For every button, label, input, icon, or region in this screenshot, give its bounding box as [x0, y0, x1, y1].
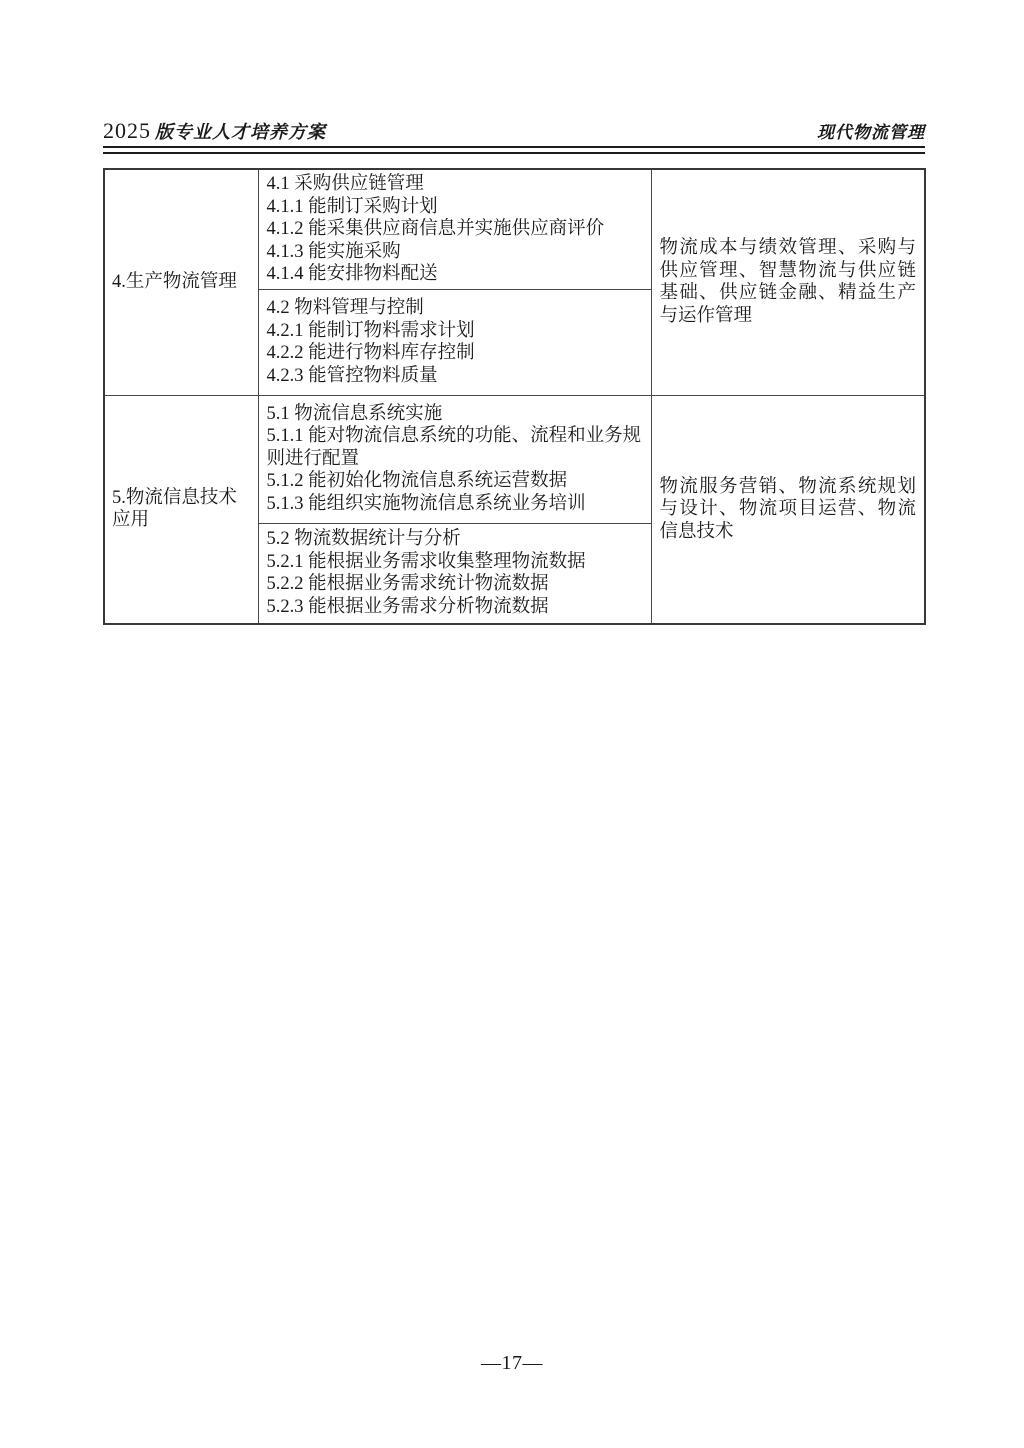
header-left-text: 版专业人才培养方案	[155, 122, 326, 142]
header-right-title: 现代物流管理	[817, 118, 925, 143]
task-group-cell: 5.2 物流数据统计与分析 5.2.1 能根据业务需求收集整理物流数据 5.2.…	[258, 523, 651, 624]
task-item: 5.2 物流数据统计与分析	[267, 528, 645, 551]
task-group-cell: 4.1 采购供应链管理 4.1.1 能制订采购计划 4.1.2 能采集供应商信息…	[258, 169, 651, 289]
task-item: 5.1.1 能对物流信息系统的功能、流程和业务规则进行配置	[267, 425, 645, 470]
task-item: 5.1.2 能初始化物流信息系统运营数据	[267, 470, 645, 493]
task-item: 5.2.1 能根据业务需求收集整理物流数据	[267, 551, 645, 574]
task-item: 4.2.1 能制订物料需求计划	[267, 320, 645, 343]
page-header: 2025 版专业人才培养方案 现代物流管理	[103, 118, 925, 144]
header-left-title: 2025 版专业人才培养方案	[103, 118, 326, 144]
task-item: 4.2.3 能管控物料质量	[267, 365, 645, 388]
courses-text: 物流服务营销、物流系统规划与设计、物流项目运营、物流信息技术	[660, 476, 917, 544]
competency-table: 4.生产物流管理 4.1 采购供应链管理 4.1.1 能制订采购计划 4.1.2…	[103, 168, 926, 625]
task-item: 5.1.3 能组织实施物流信息系统业务培训	[267, 493, 645, 516]
table-row: 4.生产物流管理 4.1 采购供应链管理 4.1.1 能制订采购计划 4.1.2…	[104, 169, 925, 289]
courses-text: 物流成本与绩效管理、采购与供应管理、智慧物流与供应链基础、供应链金融、精益生产与…	[660, 237, 917, 327]
courses-cell: 物流成本与绩效管理、采购与供应管理、智慧物流与供应链基础、供应链金融、精益生产与…	[651, 169, 925, 395]
task-item: 4.2 物料管理与控制	[267, 297, 645, 320]
page-number: —17—	[0, 1352, 1024, 1375]
header-year: 2025	[103, 118, 151, 143]
task-item: 5.1 物流信息系统实施	[267, 403, 645, 426]
header-double-rule	[103, 146, 925, 154]
task-item: 4.1.3 能实施采购	[267, 241, 645, 264]
category-label: 5.物流信息技术应用	[112, 487, 254, 532]
category-cell: 4.生产物流管理	[104, 169, 258, 395]
task-item: 5.2.3 能根据业务需求分析物流数据	[267, 596, 645, 619]
task-item: 4.1.4 能安排物料配送	[267, 263, 645, 286]
courses-cell: 物流服务营销、物流系统规划与设计、物流项目运营、物流信息技术	[651, 395, 925, 624]
task-group-cell: 5.1 物流信息系统实施 5.1.1 能对物流信息系统的功能、流程和业务规则进行…	[258, 395, 651, 523]
document-page: 2025 版专业人才培养方案 现代物流管理 4.生产物流管理 4.1 采购供应链…	[0, 0, 1024, 1448]
task-item: 4.1.1 能制订采购计划	[267, 196, 645, 219]
category-cell: 5.物流信息技术应用	[104, 395, 258, 624]
task-group-cell: 4.2 物料管理与控制 4.2.1 能制订物料需求计划 4.2.2 能进行物料库…	[258, 289, 651, 395]
category-label: 4.生产物流管理	[112, 271, 254, 294]
task-item: 4.2.2 能进行物料库存控制	[267, 342, 645, 365]
table-row: 5.物流信息技术应用 5.1 物流信息系统实施 5.1.1 能对物流信息系统的功…	[104, 395, 925, 523]
task-item: 5.2.2 能根据业务需求统计物流数据	[267, 573, 645, 596]
task-item: 4.1 采购供应链管理	[267, 173, 645, 196]
task-item: 4.1.2 能采集供应商信息并实施供应商评价	[267, 218, 645, 241]
